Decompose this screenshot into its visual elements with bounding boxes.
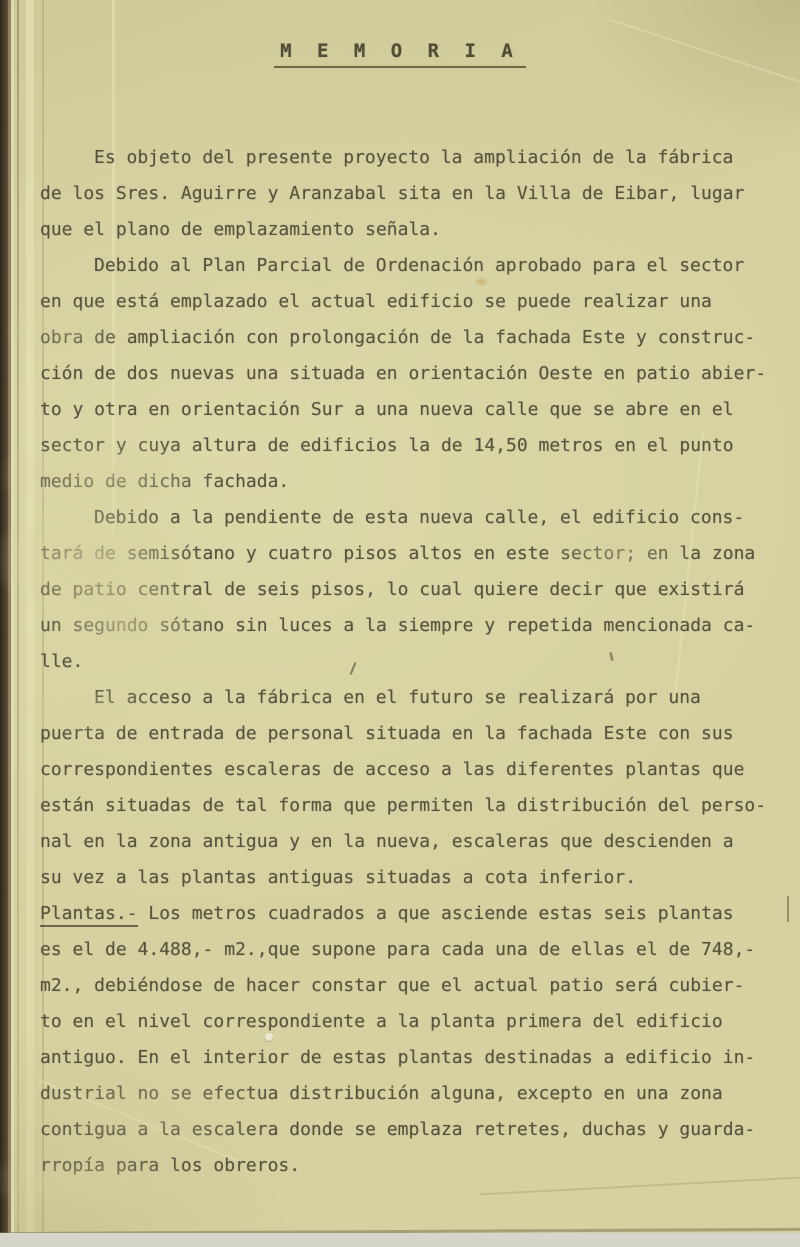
document-body: Es objeto del presente proyecto la ampli… [40,140,786,1184]
paper-edge-highlight [11,0,14,1247]
title-row: M E M O R I A [0,40,800,68]
page-title: M E M O R I A [274,40,526,68]
binding-edge [0,0,8,1247]
paragraph-plantas: Plantas.- Los metros cuadrados a que asc… [40,896,786,1184]
margin-pen-tick [787,896,789,922]
section-text-plantas: Los metros cuadrados a que asciende esta… [40,903,755,1176]
paper-crease [17,0,19,1247]
paragraph-objeto: Es objeto del presente proyecto la ampli… [40,140,786,248]
paragraph-pendiente: Debido a la pendiente de esta nueva call… [40,500,786,680]
scanned-document-page: M E M O R I A Es objeto del presente pro… [0,0,800,1247]
paper-crease [26,0,34,1247]
section-heading-plantas: Plantas.- [40,903,138,927]
backing-sheet [0,1233,800,1247]
paragraph-plan-parcial: Debido al Plan Parcial de Ordenación apr… [40,248,786,500]
paragraph-acceso: El acceso a la fábrica en el futuro se r… [40,680,786,896]
